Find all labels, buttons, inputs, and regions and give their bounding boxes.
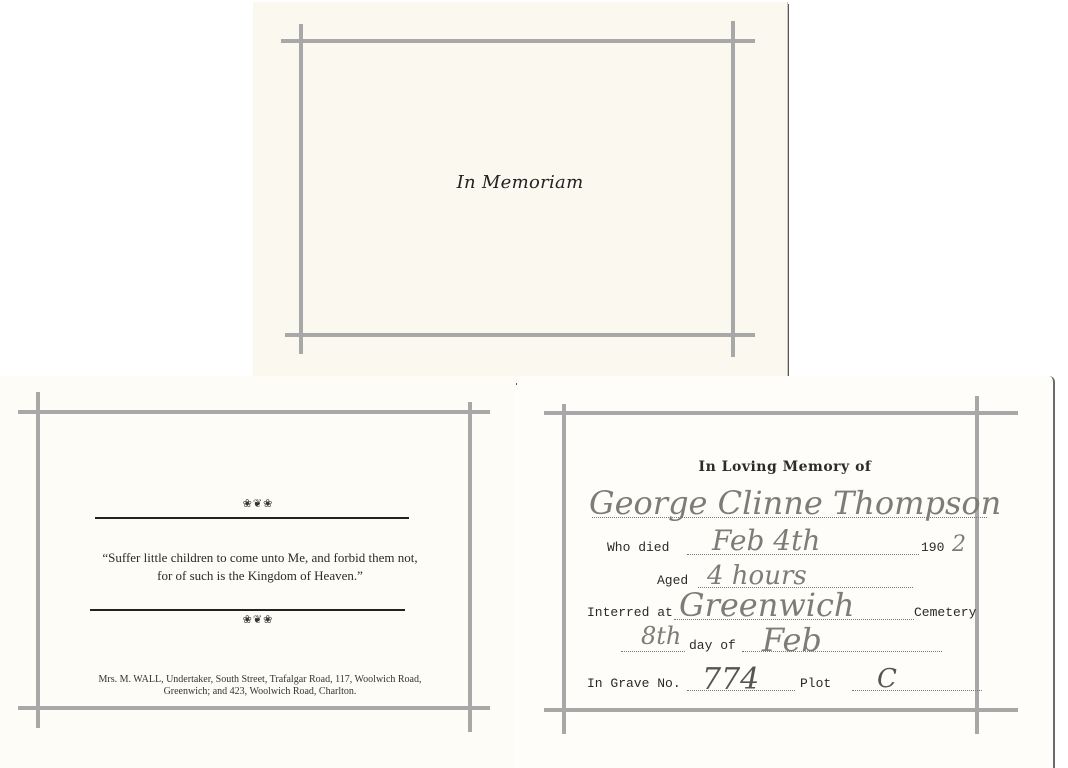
card-title: In Memoriam (253, 172, 787, 193)
border-top (544, 411, 1018, 415)
memorial-card-verse: ❀❦❀ “Suffer little children to come unto… (0, 376, 516, 768)
month-value: Feb (762, 621, 822, 659)
heading: In Loving Memory of (517, 459, 1053, 475)
border-top (281, 39, 755, 43)
border-bottom (18, 706, 490, 710)
grave-label: In Grave No. (587, 676, 681, 691)
verse-line-1: “Suffer little children to come unto Me,… (40, 549, 480, 567)
memorial-card-details: In Loving Memory of George Clinne Thomps… (517, 376, 1055, 768)
verse-line-2: for of such is the Kingdom of Heaven.” (40, 567, 480, 585)
plot-value: C (877, 664, 897, 694)
plot-label: Plot (800, 676, 831, 691)
border-bottom (285, 333, 755, 337)
grave-value: 774 (702, 662, 759, 697)
border-right (975, 396, 979, 734)
border-top (18, 410, 490, 414)
died-value: Feb 4th (712, 524, 820, 557)
undertaker-line-2: Greenwich; and 423, Woolwich Road, Charl… (40, 685, 480, 698)
memorial-card-front: In Memoriam (253, 2, 788, 383)
deceased-name: George Clinne Thompson (589, 484, 1001, 522)
year-suffix: 2 (952, 532, 966, 557)
year-prefix: 190 (921, 540, 944, 555)
divider-top (95, 517, 409, 519)
day-dotted-line (621, 651, 685, 652)
day-value: 8th (641, 622, 681, 650)
died-label: Who died (607, 540, 669, 555)
divider-bottom (90, 609, 405, 611)
ornament-top-icon: ❀❦❀ (0, 497, 516, 510)
day-of-label: day of (689, 638, 736, 653)
cemetery-label: Cemetery (914, 605, 976, 620)
plot-dotted-line (852, 690, 982, 691)
interred-value: Greenwich (679, 586, 855, 624)
border-bottom (544, 708, 1018, 712)
ornament-bottom-icon: ❀❦❀ (0, 613, 516, 626)
border-left (562, 404, 566, 734)
interred-label: Interred at (587, 605, 673, 620)
